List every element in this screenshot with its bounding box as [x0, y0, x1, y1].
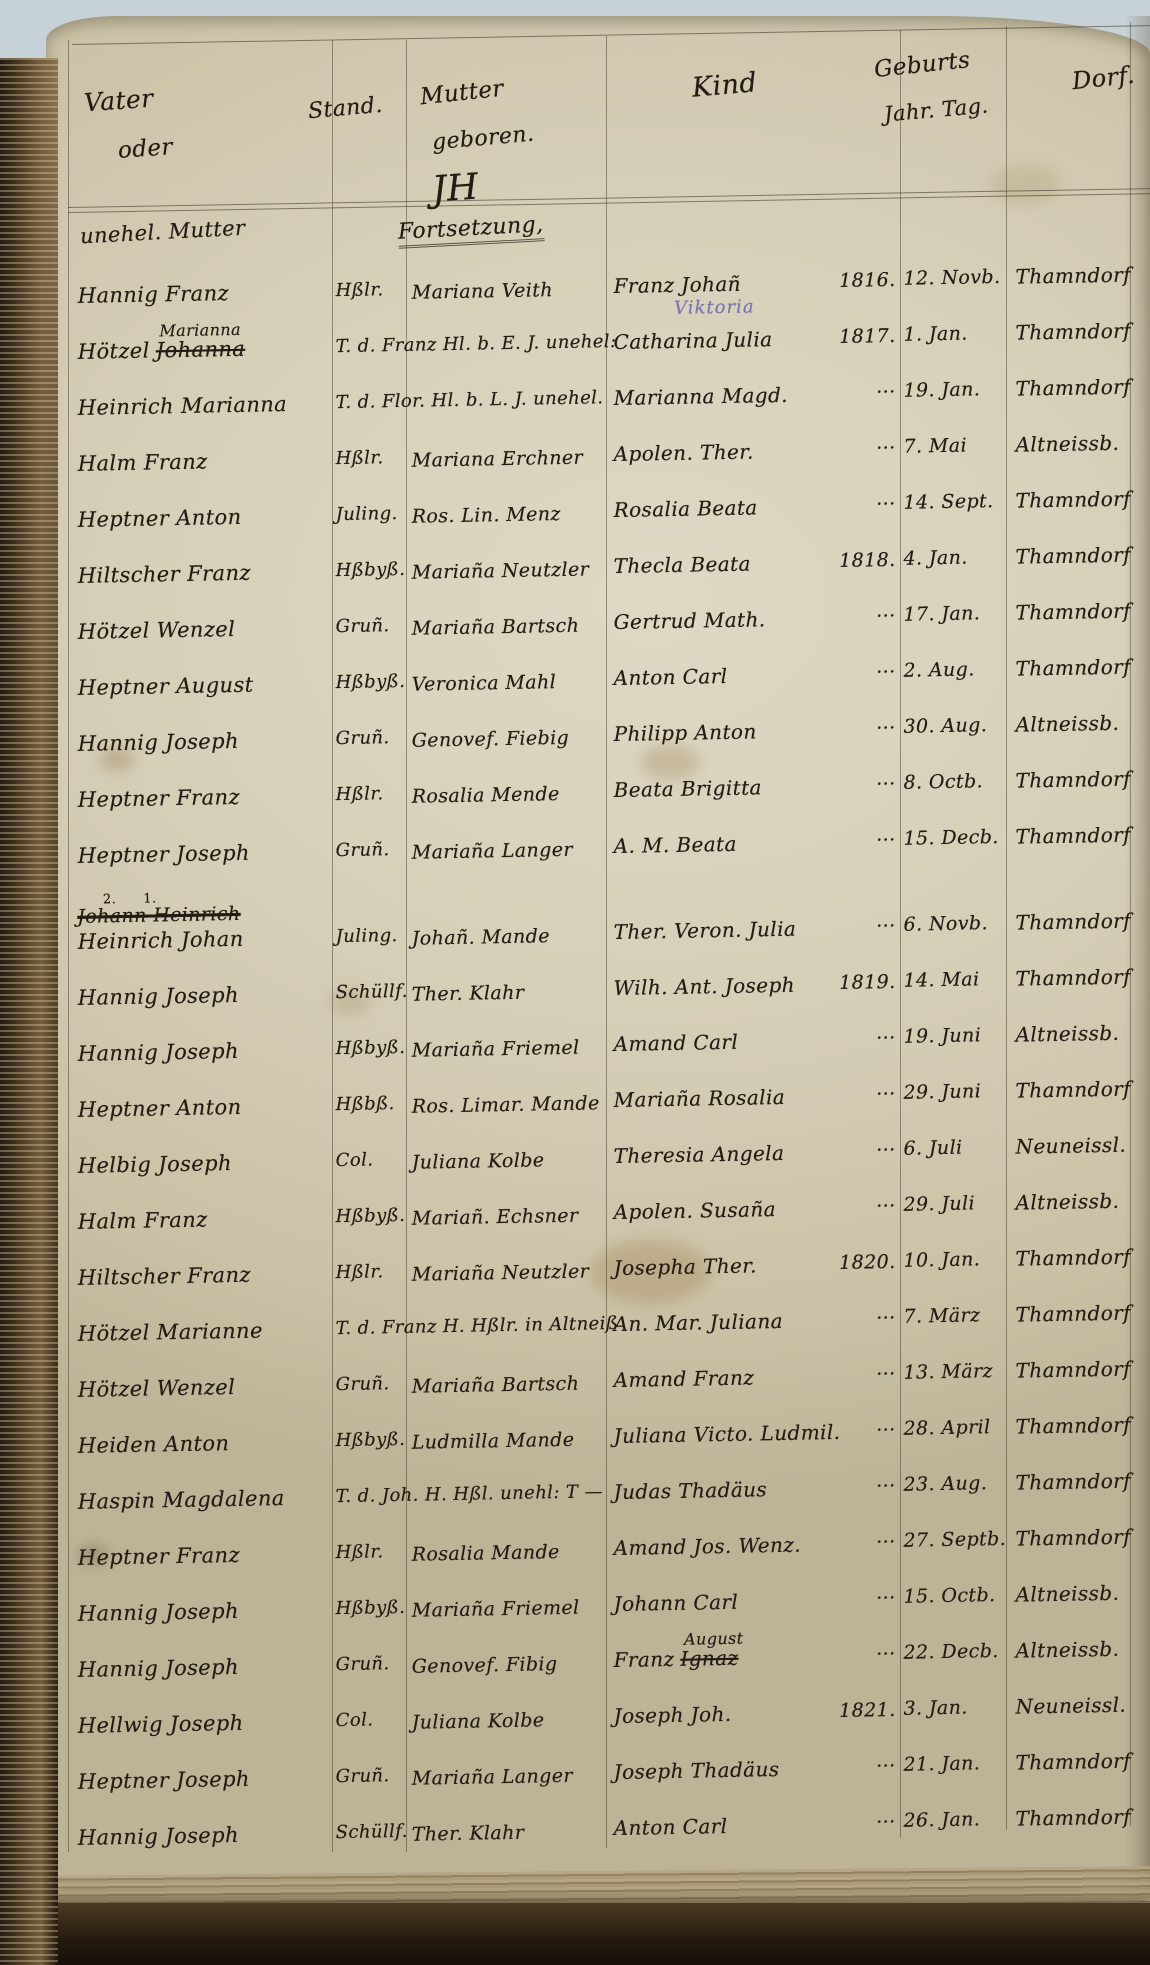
father-name: Hötzel [78, 339, 150, 364]
birth-day-cell: 10. Jan. [903, 1248, 980, 1271]
mother-cell: Mariaña Neutzler [412, 1260, 590, 1285]
child-name-cell: Joseph Thadäus [613, 1757, 785, 1784]
village-cell: Altneissb. [1015, 1637, 1119, 1663]
village-cell: Thamndorf [1015, 599, 1131, 625]
child-name-cell: Joseph Joh. [613, 1702, 737, 1728]
village-cell: Thamndorf [1015, 1077, 1131, 1103]
father-name-cell: Heinrich Johan [78, 927, 250, 954]
header-father-line1: Vater [83, 84, 154, 118]
father-name: Heinrich Marianna [78, 392, 288, 420]
village-cell: Thamndorf [1015, 487, 1131, 513]
birth-year-cell: ··· [811, 717, 895, 741]
birth-day-cell: 14. Mai [903, 968, 979, 991]
mother-cell: Johañ. Mande [412, 925, 551, 950]
stand-cell: Hßbß. [335, 1093, 394, 1115]
stand-cell: Juling. [335, 503, 397, 525]
stand-cell: T. d. Joh. H. Hßl. unehl: T — [335, 1481, 603, 1507]
stand-cell: Hßbyß. [335, 1037, 405, 1059]
father-name: Heptner Franz [78, 1543, 241, 1570]
birth-day-cell: 19. Jan. [903, 378, 980, 401]
father-name-cell: Hannig Joseph [78, 1655, 246, 1682]
father-name-cell: Hiltscher Franz [78, 1263, 258, 1290]
mother-cell: Rosalia Mende [412, 783, 560, 808]
mother-cell: Veronica Mahl [412, 671, 557, 696]
father-name: Hötzel Marianne [78, 1318, 263, 1345]
birth-day-cell: 19. Juni [903, 1024, 981, 1047]
father-name-cell: Hötzel Wenzel [78, 1375, 242, 1402]
child-name-cell: Judas Thadäus [613, 1477, 773, 1504]
mother-cell: Ros. Lin. Menz [412, 503, 562, 528]
father-name: Haspin Magdalena [78, 1486, 285, 1514]
village-cell: Altneissb. [1015, 431, 1119, 457]
child-name-cell: Anton Carl [613, 1814, 733, 1840]
birth-day-cell: 15. Decb. [903, 826, 999, 850]
child-name-cell: Rosalia Beata [613, 495, 763, 522]
father-name: Hannig Joseph [78, 1599, 240, 1626]
mother-cell: Mariana Erchner [412, 447, 584, 472]
father-name-cell: Hannig Joseph [78, 729, 246, 756]
village-cell: Thamndorf [1015, 1805, 1131, 1831]
village-cell: Thamndorf [1015, 1301, 1131, 1327]
birth-year-cell: ··· [811, 1195, 895, 1219]
stain [990, 165, 1060, 205]
father-name: Heptner Joseph [78, 1767, 251, 1794]
child-name: Anton Carl [613, 664, 727, 690]
child-name: Johann Carl [613, 1590, 738, 1616]
father-name: Hiltscher Franz [78, 561, 252, 588]
birth-year-cell: ··· [811, 1643, 895, 1667]
child-name-cell: Amand Jos. Wenz. [613, 1532, 807, 1560]
birth-year-cell: ··· [811, 437, 895, 461]
name-correction: Marianna [159, 320, 241, 340]
father-name-cell: Halm Franz [78, 449, 214, 475]
stand-cell: Col. [335, 1709, 373, 1731]
mother-cell: Ludmilla Mande [412, 1429, 575, 1454]
village-cell: Thamndorf [1015, 1469, 1131, 1495]
birth-day-cell: 1. Jan. [903, 323, 968, 346]
village-cell: Thamndorf [1015, 319, 1131, 345]
birth-day-cell: 29. Juli [903, 1192, 975, 1215]
village-cell: Thamndorf [1015, 1525, 1131, 1551]
father-name: Hiltscher Franz [78, 1263, 252, 1290]
child-name-cell: Amand Carl [613, 1030, 744, 1056]
mother-cell: Mariaña Langer [412, 839, 574, 864]
father-name: Heiden Anton [78, 1431, 230, 1458]
father-name: Heptner Anton [78, 1095, 242, 1122]
birth-year-cell: ··· [811, 381, 895, 405]
father-name: Hannig Franz [78, 281, 230, 308]
father-name: Hannig Joseph [78, 729, 240, 756]
birth-day-cell: 6. Novb. [903, 912, 988, 936]
village-cell: Thamndorf [1015, 767, 1131, 793]
stand-cell: Col. [335, 1149, 373, 1171]
birth-year-cell: ··· [811, 1811, 895, 1835]
birth-day-cell: 22. Decb. [903, 1640, 999, 1664]
stand-cell: Hßlr. [335, 447, 383, 469]
birth-year-cell: ··· [811, 829, 895, 853]
father-name: Heinrich Johan [78, 927, 244, 954]
stand-cell: Hßlr. [335, 1261, 383, 1283]
mother-cell: Mariaña Langer [412, 1765, 574, 1790]
child-name-cell: Johann Carl [613, 1590, 744, 1616]
village-cell: Altneissb. [1015, 1021, 1119, 1047]
father-name-cell: Hellwig Joseph [78, 1711, 250, 1738]
child-name: Thecla Beata [613, 552, 751, 579]
birth-day-cell: 4. Jan. [903, 547, 968, 570]
mother-cell: Genovef. Fiebig [412, 727, 570, 752]
stand-cell: Hßbyß. [335, 1429, 405, 1451]
header-father-line2: oder [117, 134, 173, 164]
village-cell: Altneissb. [1015, 711, 1119, 737]
birth-day-cell: 6. Juli [903, 1137, 962, 1160]
village-cell: Thamndorf [1015, 1749, 1131, 1775]
birth-year-cell: ··· [811, 1363, 895, 1387]
village-cell: Thamndorf [1015, 263, 1131, 289]
father-name: Heptner August [78, 673, 254, 700]
birth-year-cell: ··· [811, 1083, 895, 1107]
mother-cell: Mariaña Neutzler [412, 558, 590, 583]
father-name: Heptner Anton [78, 505, 242, 532]
pencil-annotation: Viktoria [674, 296, 755, 318]
birth-day-cell: 27. Septb. [903, 1528, 1006, 1552]
village-cell: Thamndorf [1015, 1413, 1131, 1439]
child-name: Gertrud Math. [613, 607, 765, 634]
father-name-cell: Heptner August [78, 673, 260, 700]
stand-cell: Hßlr. [335, 783, 383, 805]
stand-cell: Hßbyß. [335, 1597, 405, 1619]
village-cell: Thamndorf [1015, 823, 1131, 849]
stand-cell: T. d. Flor. Hl. b. L. J. unehel. [335, 387, 603, 413]
header-child: Kind [691, 67, 759, 104]
birth-year-cell: 1818. [811, 549, 895, 573]
stand-cell: Hßbyß. [335, 1205, 405, 1227]
father-name: Halm Franz [78, 449, 208, 475]
father-name: Hannig Joseph [78, 1039, 240, 1066]
stand-cell: Gruñ. [335, 839, 389, 861]
birth-year-cell: ··· [811, 1587, 895, 1611]
child-name: Joseph Thadäus [613, 1757, 779, 1784]
birth-day-cell: 29. Juni [903, 1080, 981, 1103]
father-name: Hannig Joseph [78, 983, 240, 1010]
child-name-cell: Philipp Anton [613, 719, 762, 746]
birth-day-cell: 17. Jan. [903, 602, 980, 625]
village-cell: Altneissb. [1015, 1581, 1119, 1607]
child-name: Amand Jos. Wenz. [613, 1533, 801, 1560]
village-cell: Thamndorf [1015, 1245, 1131, 1271]
child-name-cell: An. Mar. Juliana [613, 1309, 789, 1336]
crossed-entry: 2. 1.Johann Heinrich [77, 893, 241, 928]
section-initials: JH [431, 166, 480, 210]
birth-year-cell: ··· [811, 1475, 895, 1499]
birth-day-cell: 28. April [903, 1416, 990, 1440]
child-name: A. M. Beata [613, 832, 737, 858]
father-name-cell: Hannig Joseph [78, 983, 246, 1010]
village-cell: Thamndorf [1015, 655, 1131, 681]
book-edge-bottom [0, 1903, 1150, 1965]
child-name: Apolen. Susaña [613, 1197, 776, 1224]
stand-cell: Hßlr. [335, 279, 383, 301]
birth-day-cell: 3. Jan. [903, 1697, 968, 1720]
father-name: Halm Franz [78, 1207, 208, 1233]
father-name-cell: Heptner Anton [78, 1095, 248, 1122]
village-cell: Thamndorf [1015, 1357, 1131, 1383]
child-name-cell: Ther. Veron. Julia [613, 917, 802, 944]
child-name: Anton Carl [613, 1814, 727, 1840]
child-name-cell: Apolen. Susaña [613, 1197, 782, 1224]
birth-year-cell: ··· [811, 1139, 895, 1163]
stand-cell: Schüllf. [335, 1821, 407, 1843]
child-name: Marianna Magd. [613, 383, 788, 410]
father-name-cell: Heptner Franz [78, 785, 247, 812]
child-name-cell: Theresia Angela [613, 1141, 790, 1168]
child-name-cell: A. M. Beata [613, 832, 743, 858]
father-name-cell: Heptner Anton [78, 505, 248, 532]
father-name-cell: Heiden Anton [78, 1431, 236, 1458]
child-name: Ther. Veron. Julia [613, 917, 796, 944]
birth-year-cell: 1820. [811, 1251, 895, 1275]
father-name-cell: Heptner Joseph [78, 841, 257, 868]
village-cell: Thamndorf [1015, 965, 1131, 991]
child-name-cell: Amand Franz [613, 1365, 760, 1392]
stand-cell: Juling. [335, 925, 397, 947]
village-cell: Neuneissl. [1015, 1133, 1126, 1159]
birth-year-cell: ··· [811, 773, 895, 797]
father-name-cell: Hannig Joseph [78, 1039, 246, 1066]
mother-cell: Mariana Veith [412, 279, 554, 304]
child-name: Amand Carl [613, 1030, 738, 1056]
mother-cell: Ther. Klahr [412, 982, 525, 1006]
village-cell: Thamndorf [1015, 375, 1131, 401]
village-cell: Altneissb. [1015, 1189, 1119, 1215]
birth-year-cell: ··· [811, 1027, 895, 1051]
child-name-cell: Gertrud Math. [613, 607, 771, 634]
child-name: Philipp Anton [613, 719, 756, 746]
stand-cell: Gruñ. [335, 727, 389, 749]
birth-year-cell: ··· [811, 1419, 895, 1443]
child-correction: August [684, 1629, 744, 1649]
birth-year-cell: ··· [811, 1531, 895, 1555]
scanned-register-photo: { "document": { "type": "church-birth-re… [0, 0, 1150, 1965]
father-name: Hellwig Joseph [78, 1711, 244, 1738]
mother-cell: Mariañ. Echsner [412, 1205, 579, 1230]
father-name: Heptner Franz [78, 785, 241, 812]
mother-cell: Mariaña Friemel [412, 1597, 580, 1622]
father-name-cell: Heptner Joseph [78, 1767, 257, 1794]
father-name: Hannig Joseph [78, 1823, 240, 1850]
birth-day-cell: 23. Aug. [903, 1472, 987, 1496]
birth-day-cell: 12. Novb. [903, 266, 1000, 290]
child-name-cell: Apolen. Ther. [613, 439, 760, 466]
child-name: Amand Franz [613, 1365, 754, 1392]
child-name-cell: Mariaña Rosalia [613, 1085, 791, 1112]
child-name: Joseph Joh. [613, 1702, 731, 1728]
father-name-cell: Hiltscher Franz [78, 561, 258, 588]
child-name: Mariaña Rosalia [613, 1085, 785, 1112]
birth-year-cell: ··· [811, 605, 895, 629]
birth-day-cell: 26. Jan. [903, 1808, 980, 1831]
birth-year-cell: 1819. [811, 971, 895, 995]
father-name-cell: Hannig Joseph [78, 1823, 246, 1850]
birth-year-cell: ··· [811, 493, 895, 517]
child-name-cell: Wilh. Ant. Joseph [613, 973, 801, 1000]
register-rows: Hannig Franz Hßlr. Mariana Veith Franz J… [0, 282, 1150, 1880]
child-name: Franz Johañ [613, 272, 741, 298]
crossed-name: Johann Heinrich [77, 903, 241, 928]
birth-year-cell: ··· [811, 915, 895, 939]
child-name: An. Mar. Juliana [613, 1309, 783, 1336]
father-name-cell: Heptner Franz [78, 1543, 247, 1570]
birth-day-cell: 8. Octb. [903, 770, 983, 793]
father-name-cell: Helbig Joseph [78, 1151, 239, 1178]
child-name-cell: Marianna Magd. [613, 383, 794, 410]
child-name: Rosalia Beata [613, 495, 757, 522]
mother-cell: Genovef. Fibig [412, 1653, 558, 1678]
stand-cell: Gruñ. [335, 1765, 389, 1787]
child-struck: Ignaz [680, 1646, 738, 1671]
book-spine [0, 58, 58, 1965]
child-name-cell: FranzAugustIgnaz [613, 1646, 738, 1672]
father-name: Hannig Joseph [78, 1655, 240, 1682]
mother-cell: Mariaña Bartsch [412, 1373, 580, 1398]
village-cell: Thamndorf [1015, 909, 1131, 935]
stand-cell: Hßbyß. [335, 559, 405, 581]
stand-cell: Gruñ. [335, 1373, 389, 1395]
child-name-cell: Catharina Julia [613, 327, 778, 354]
father-name-cell: Halm Franz [78, 1207, 214, 1233]
child-name: Judas Thadäus [613, 1477, 767, 1504]
stand-cell: T. d. Franz Hl. b. E. J. unehel: [335, 331, 616, 357]
mother-cell: Mariaña Bartsch [412, 615, 580, 640]
father-name-cell: Hannig Franz [78, 281, 236, 308]
father-name: Helbig Joseph [78, 1151, 233, 1178]
birth-year-cell: 1816. [811, 269, 895, 293]
child-name-cell: Anton Carl [613, 664, 733, 690]
mother-cell: Ther. Klahr [412, 1822, 525, 1846]
birth-year-cell: 1821. [811, 1699, 895, 1723]
father-name: Heptner Joseph [78, 841, 251, 868]
child-name: Catharina Julia [613, 327, 772, 354]
child-name: Franz [613, 1647, 674, 1672]
father-name-cell: Haspin Magdalena [78, 1486, 291, 1514]
village-cell: Neuneissl. [1015, 1693, 1126, 1719]
stand-cell: Gruñ. [335, 615, 389, 637]
birth-day-cell: 15. Octb. [903, 1584, 995, 1608]
name-struck: Johanna [156, 337, 246, 363]
birth-day-cell: 2. Aug. [903, 658, 975, 681]
birth-day-cell: 13. März [903, 1360, 993, 1384]
father-name: Hötzel Wenzel [78, 1375, 236, 1402]
father-name-cell: Hannig Joseph [78, 1599, 246, 1626]
stand-cell: Hßbyß. [335, 671, 405, 693]
birth-year-cell: 1817. [811, 325, 895, 349]
child-name-cell: Thecla Beata [613, 551, 757, 578]
stand-cell: T. d. Franz H. Hßlr. in Altneiß [335, 1313, 618, 1339]
mother-cell: Juliana Kolbe [412, 1149, 545, 1173]
child-name-cell: Franz JohañViktoria [613, 272, 747, 298]
stand-cell: Schüllf. [335, 981, 407, 1003]
mother-cell: Ros. Limar. Mande [412, 1092, 600, 1117]
birth-day-cell: 21. Jan. [903, 1752, 980, 1775]
birth-day-cell: 7. März [903, 1304, 980, 1327]
mother-cell: Mariaña Friemel [412, 1037, 580, 1062]
mother-cell: Juliana Kolbe [412, 1709, 545, 1733]
child-name: Josepha Ther. [613, 1253, 757, 1280]
father-name-cell: HötzelMariannaJohanna [78, 337, 246, 364]
child-name: Wilh. Ant. Joseph [613, 973, 795, 1000]
mother-cell: Rosalia Mande [412, 1541, 560, 1566]
stand-cell: Gruñ. [335, 1653, 389, 1675]
birth-day-cell: 14. Sept. [903, 490, 993, 514]
stand-cell: Hßlr. [335, 1541, 383, 1563]
child-name: Beata Brigitta [613, 775, 762, 802]
father-name-cell: Hötzel Wenzel [78, 617, 242, 644]
birth-year-cell: ··· [811, 661, 895, 685]
village-cell: Thamndorf [1015, 543, 1131, 569]
child-name-cell: Beata Brigitta [613, 775, 768, 802]
birth-day-cell: 30. Aug. [903, 714, 987, 738]
child-name: Theresia Angela [613, 1141, 784, 1168]
child-name: Apolen. Ther. [613, 439, 754, 466]
father-name: Hötzel Wenzel [78, 617, 236, 644]
father-name-cell: Heinrich Marianna [78, 392, 294, 420]
child-name-cell: Josepha Ther. [613, 1253, 763, 1280]
father-name-cell: Hötzel Marianne [78, 1318, 269, 1345]
birth-year-cell: ··· [811, 1307, 895, 1331]
birth-year-cell: ··· [811, 1755, 895, 1779]
birth-day-cell: 7. Mai [903, 435, 967, 458]
child-name: Juliana Victo. Ludmil. [613, 1420, 840, 1448]
